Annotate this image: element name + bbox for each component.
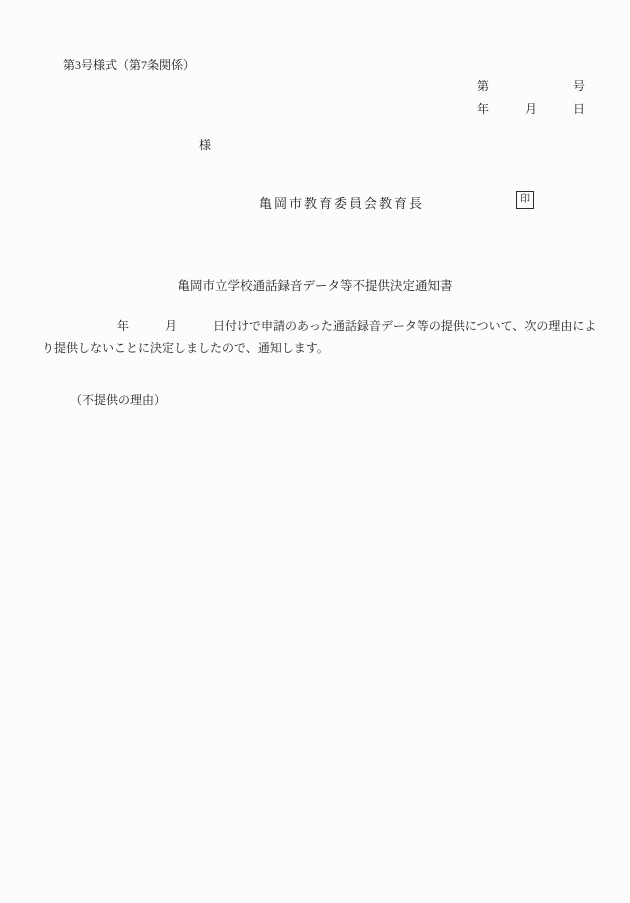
form-number-label: 第3号様式（第7条関係） [63, 56, 195, 73]
date-blank-line: 年 月 日 [477, 100, 585, 117]
reason-heading: （不提供の理由） [70, 391, 166, 408]
sender-title: 亀岡市教育委員会教育長 [259, 193, 424, 212]
document-page: 第3号様式（第7条関係） 第 号 年 月 日 様 亀岡市教育委員会教育長 印 亀… [0, 0, 630, 903]
body-line-1: 年 月 日付けで申請のあった通話録音データ等の提供について、次の理由によ [42, 315, 602, 337]
seal-placeholder: 印 [516, 191, 534, 209]
body-line-2: り提供しないことに決定しましたので、通知します。 [42, 337, 602, 359]
body-paragraph: 年 月 日付けで申請のあった通話録音データ等の提供について、次の理由によ り提供… [42, 315, 602, 359]
document-number-blank-line: 第 号 [477, 77, 585, 94]
addressee-honorific: 様 [199, 136, 211, 153]
document-title: 亀岡市立学校通話録音データ等不提供決定通知書 [0, 276, 630, 294]
